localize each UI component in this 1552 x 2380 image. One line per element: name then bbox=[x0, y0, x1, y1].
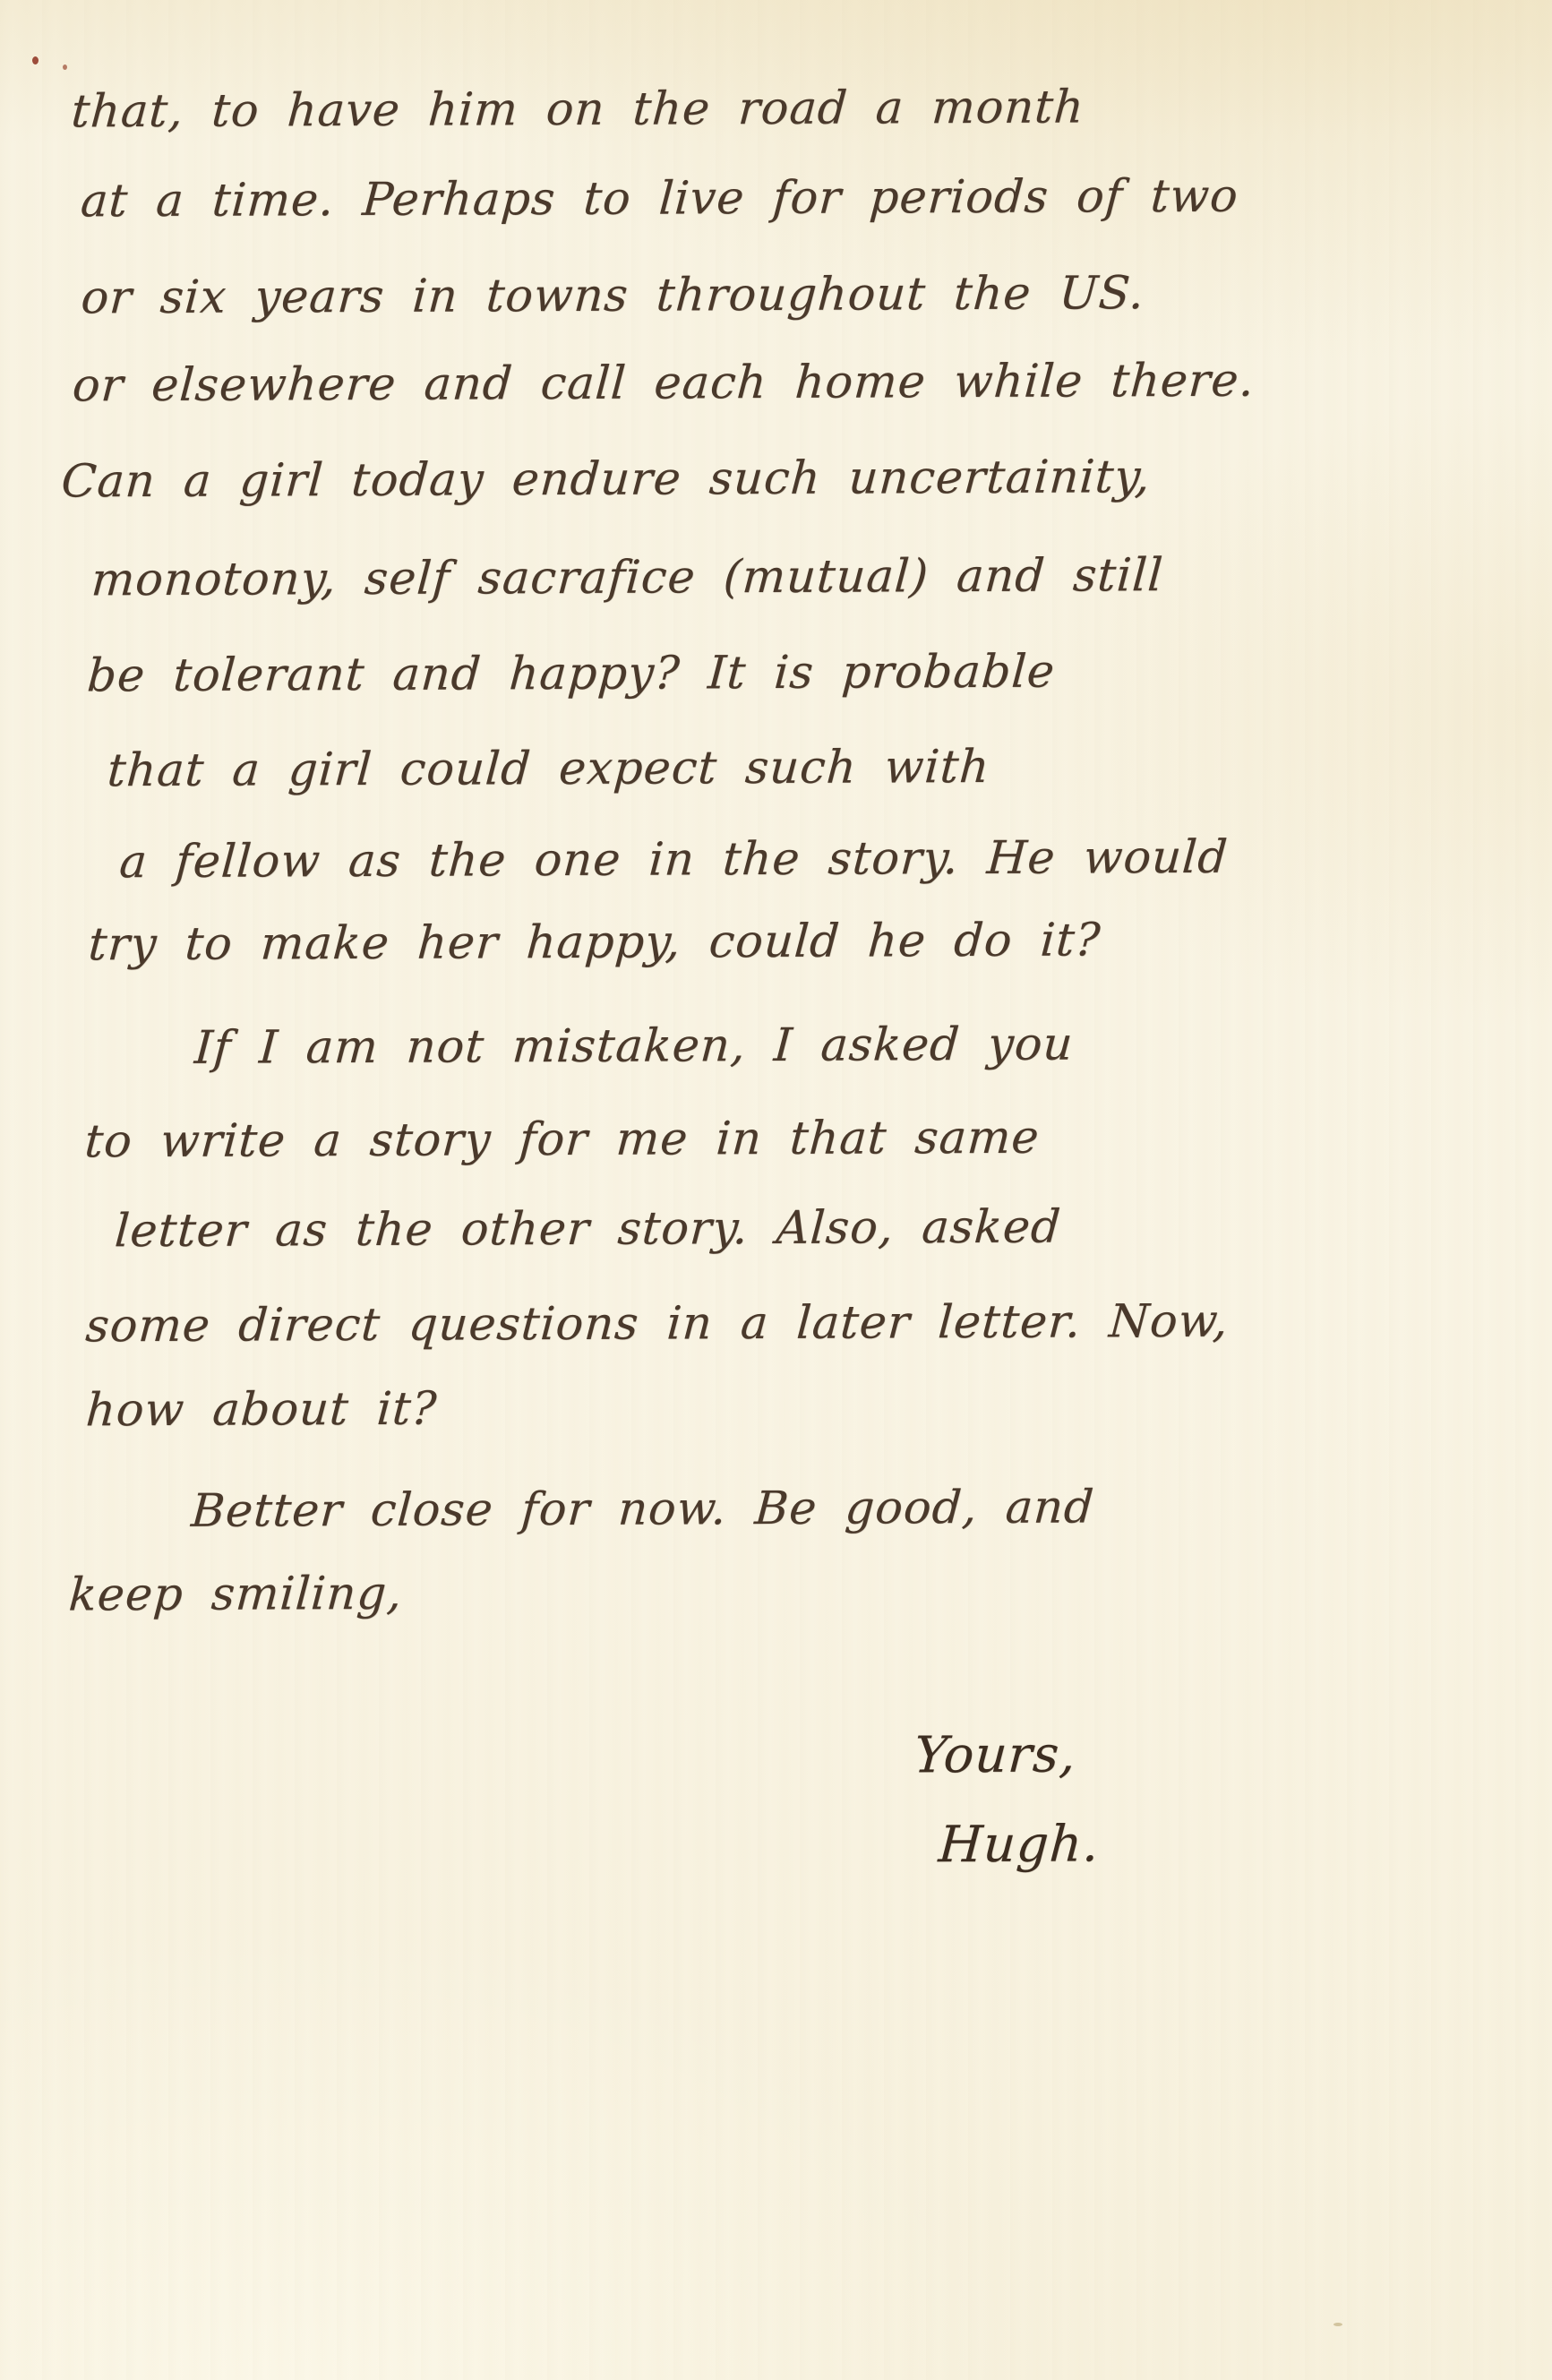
handwritten-line: monotony, self sacrafice (mutual) and st… bbox=[90, 549, 1165, 606]
handwritten-line: at a time. Perhaps to live for periods o… bbox=[79, 170, 1240, 228]
handwritten-line: letter as the other story. Also, asked bbox=[113, 1201, 1062, 1259]
handwritten-line: or elsewhere and call each home while th… bbox=[71, 355, 1256, 413]
handwritten-line: If I am not mistaken, I asked you bbox=[193, 1018, 1075, 1075]
handwritten-line: try to make her happy, could he do it? bbox=[87, 914, 1102, 971]
handwritten-line: keep smiling, bbox=[67, 1568, 404, 1622]
handwritten-line: that a girl could expect such with bbox=[106, 741, 991, 797]
handwritten-line: how about it? bbox=[84, 1383, 439, 1438]
handwritten-line: that, to have him on the road a month bbox=[70, 81, 1086, 138]
letter-page: that, to have him on the road a month at… bbox=[0, 0, 1552, 2380]
handwritten-line: Better close for now. Be good, and bbox=[190, 1481, 1096, 1537]
handwritten-line: or six years in towns throughout the US. bbox=[80, 267, 1146, 324]
signature-closing: Yours, bbox=[913, 1726, 1078, 1785]
handwritten-line: a fellow as the one in the story. He wou… bbox=[117, 831, 1230, 889]
handwritten-line: to write a story for me in that same bbox=[83, 1112, 1042, 1169]
letter-body: that, to have him on the road a month at… bbox=[0, 0, 1552, 2380]
handwritten-line: be tolerant and happy? It is probable bbox=[86, 646, 1057, 703]
handwritten-line: Can a girl today endure such uncertainit… bbox=[60, 451, 1153, 508]
handwritten-line: some direct questions in a later letter.… bbox=[84, 1295, 1230, 1353]
signature-name: Hugh. bbox=[937, 1815, 1102, 1874]
